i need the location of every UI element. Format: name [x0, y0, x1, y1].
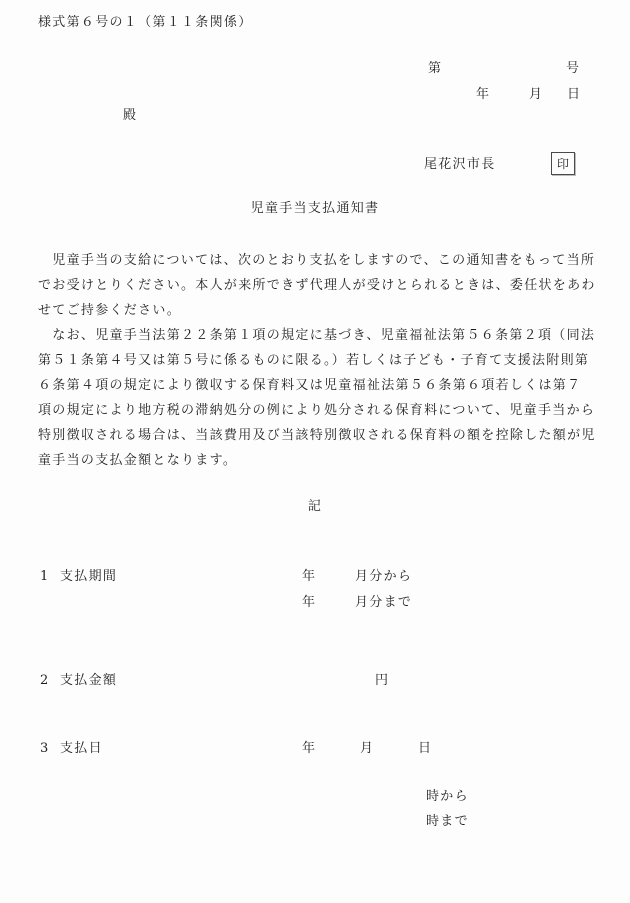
paragraph2-line: なお、児童手当法第２２条第１項の規定に基づき、児童福祉法第５６条第２項（同法 — [38, 327, 608, 345]
item2-yen-label: 円 — [375, 672, 389, 690]
paragraph2-line: 第５１条第４号又は第５号に係るものに限る。）若しくは子ども・子育て支援法附則第 — [38, 352, 608, 370]
date-day-label: 日 — [567, 86, 581, 104]
item3-time-until-label: 時まで — [426, 813, 469, 831]
item1-label: 支払期間 — [60, 568, 117, 586]
item3-time-from-label: 時から — [426, 788, 469, 806]
seal-box: 印 — [551, 152, 575, 175]
seal-label: 印 — [557, 158, 569, 170]
paragraph2-line: 特別徴収される場合は、当該費用及び当該特別徴収される保育料の額を控除した額が児 — [38, 427, 608, 445]
date-year-label: 年 — [476, 86, 490, 104]
item1-number: 1 — [40, 568, 50, 586]
paragraph1-line: でお受けとりください。本人が来所できず代理人が受けとられるときは、委任状をあわ — [38, 277, 608, 295]
item1-row2-year-label: 年 — [302, 594, 316, 612]
doc-number-suffix: 号 — [566, 60, 580, 78]
item3-number: 3 — [40, 740, 50, 758]
paragraph2-line: 項の規定により地方税の滞納処分の例により処分される保育料について、児童手当から — [38, 402, 608, 420]
paragraph1-line: せてご持参ください。 — [38, 302, 608, 320]
addressee-honorific: 殿 — [123, 107, 137, 125]
document-title: 児童手当支払通知書 — [0, 200, 630, 218]
item1-row2-until-label: 月分まで — [355, 594, 412, 612]
payment-notice-document: 様式第６号の１（第１１条関係） 第 号 年 月 日 殿 尾花沢市長 印 児童手当… — [0, 0, 630, 903]
record-marker: 記 — [0, 498, 630, 516]
item3-day-label: 日 — [418, 740, 432, 758]
item1-row1-year-label: 年 — [302, 568, 316, 586]
item1-row1-from-label: 月分から — [355, 568, 412, 586]
item3-month-label: 月 — [360, 740, 374, 758]
paragraph2-line: ６条第４項の規定により徴収する保育料又は児童福祉法第５６条第６項若しくは第７ — [38, 377, 608, 395]
item3-label: 支払日 — [60, 740, 103, 758]
paragraph2-line: 童手当の支払金額となります。 — [38, 452, 608, 470]
date-month-label: 月 — [529, 86, 543, 104]
item2-number: 2 — [40, 672, 50, 690]
doc-number-prefix: 第 — [428, 60, 442, 78]
form-number: 様式第６号の１（第１１条関係） — [38, 14, 253, 32]
item3-year-label: 年 — [302, 740, 316, 758]
paragraph1-line: 児童手当の支給については、次のとおり支払をしますので、この通知書をもって当所 — [38, 252, 608, 270]
issuer-title: 尾花沢市長 — [424, 156, 496, 174]
item2-label: 支払金額 — [60, 672, 117, 690]
